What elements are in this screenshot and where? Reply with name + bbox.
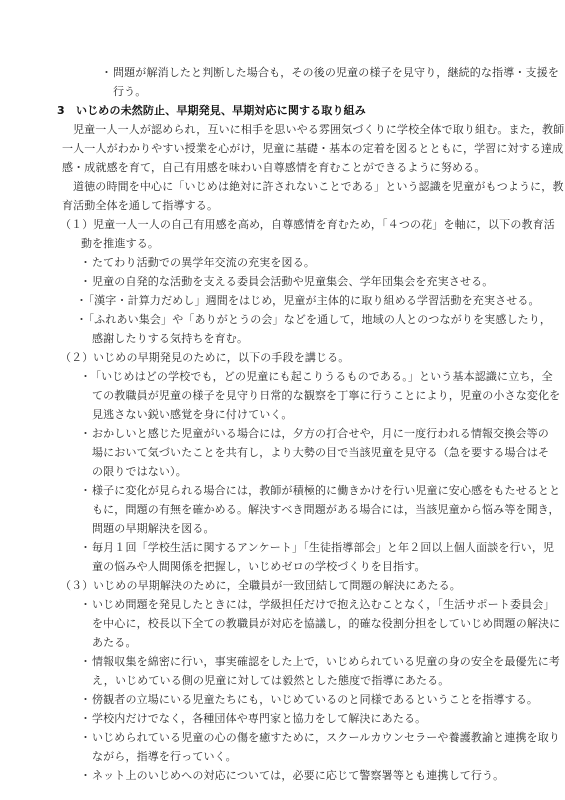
list-item: 「ふれあい集会」や「ありがとうの会」などを通して，地域の人とのつながりを実感した… [83,313,551,327]
list-item: いじめられている児童の心の傷を癒すために，スクールカウンセラーや養護教諭と連携を… [92,731,560,745]
subsection-label: （３） [60,579,93,593]
list-item: 学校内だけでなく，各種団体や専門家と協力をして解決にあたる。 [92,712,426,726]
list-item-continuation: え，いじめている側の児童に対しては毅然とした態度で指導にあたる。 [92,674,449,688]
list-item-continuation: 問題の早期解決を図る。 [92,522,215,536]
bullet-marker: ・ [101,66,112,80]
list-item: 情報収集を綿密に行い，事実確認をした上で，いじめられている児童の身の安全を最優先… [92,655,560,669]
list-item: 「漢字・計算力だめし」週間をはじめ，児童が主体的に取り組める学習活動を充実させる… [83,294,540,308]
list-item-continuation: もに，問題の有無を確かめる。解決すべき問題がある場合には，当該児童から悩み等を聞… [92,503,560,517]
bullet-marker: ・ [80,427,91,441]
continuation-line: 問題が解消したと判断した場合も，その後の児童の様子を見守り，継続的な指導・支援を [113,66,559,80]
continuation-line: 行う。 [113,85,146,99]
bullet-marker: ・ [80,275,91,289]
list-item-continuation: の限りではない）。 [92,465,187,479]
bullet-marker: ・ [80,655,91,669]
subsection-label: （１） [60,218,93,232]
list-item-continuation: ながら，指導を行っていく。 [92,750,237,764]
paragraph-line: 感・成就感を育て，自己有用感を味わい自尊感情を育むことができるように努める。 [62,161,485,175]
list-item: 様子に変化が見られる場合には，教師が積極的に働きかけを行い児童に安心感をもたせる… [92,484,560,498]
list-item-continuation: 童の悩みや人間関係を把握し，いじめゼロの学校づくりを目指す。 [92,560,426,574]
list-item: おかしいと感じた児童がいる場合には，夕方の打合せや，月に一度行われる情報交換会等… [92,427,549,441]
subsection-line: 児童一人一人の自己有用感を高め，自尊感情を育むため，「４つの花」を軸に，以下の教… [93,218,555,232]
list-item: 「いじめはどの学校でも，どの児童にも起こりうるものである。」という基本認識に立ち… [90,370,553,384]
list-item: 毎月１回「学校生活に関するアンケート」「生徒指導部会」と年２回以上個人面談を行い… [92,541,554,555]
bullet-marker: ・ [80,769,91,783]
bullet-marker: ・ [80,541,91,555]
document-page: ・ 問題が解消したと判断した場合も，その後の児童の様子を見守り，継続的な指導・支… [0,0,565,800]
paragraph-line: 一人一人がわかりやすい授業を心がけ，児童に基礎・基本の定着を図るとともに，学習に… [62,142,563,156]
subsection-line: いじめの早期解決のために，全職員が一致団結して問題の解決にあたる。 [93,579,461,593]
section-title: いじめの未然防止、早期発見、早期対応に関する取り組み [76,104,366,118]
bullet-marker: ・ [80,598,91,612]
paragraph-line: 育活動全体を通して指導する。 [62,199,218,213]
list-item: たてわり活動での異学年交流の充実を図る。 [92,256,315,270]
list-item: いじめ問題を発見したときには，学級担任だけで抱え込むことなく，「生活サポート委員… [92,598,555,612]
subsection-line: いじめの早期発見のために，以下の手段を講じる。 [93,351,349,365]
bullet-marker: ・ [80,712,91,726]
subsection-label: （２） [60,351,93,365]
list-item-continuation: 見逃さない鋭い感覚を身に付けていく。 [92,408,292,422]
list-item-continuation: あたる。 [92,636,137,650]
bullet-marker: ・ [80,731,91,745]
bullet-marker: ・ [80,484,91,498]
list-item: 傍観者の立場にいる児童たちにも，いじめているのと同様であるということを指導する。 [92,693,538,707]
list-item-continuation: ての教職員が児童の様子を見守り日常的な観察を丁寧に行うことにより，児童の小さな変… [92,389,560,403]
list-item-continuation: を中心に，校長以下全ての教職員が対応を協議し，的確な役割分担をしていじめ問題の解… [92,617,560,631]
list-item-continuation: 場において気づいたことを共有し，より大勢の目で当該児童を見守る（急を要する場合は… [92,446,549,460]
bullet-marker: ・ [80,693,91,707]
section-number: 3 [57,104,65,118]
paragraph-line: 道徳の時間を中心に「いじめは絶対に許されないことである」という認識を児童がもつよ… [73,180,564,194]
list-item: ネット上のいじめへの対応については，必要に応じて警察署等とも連携して行う。 [92,769,504,783]
list-item: 児童の自発的な活動を支える委員会活動や児童集会、学年団集会を充実させる。 [92,275,493,289]
list-item-continuation: 感謝したりする気持ちを育む。 [92,332,248,346]
paragraph-line: 児童一人一人が認められ，互いに相手を思いやる雰囲気づくりに学校全体で取り組む。ま… [73,123,564,137]
subsection-line: 動を推進する。 [81,237,159,251]
bullet-marker: ・ [80,256,91,270]
